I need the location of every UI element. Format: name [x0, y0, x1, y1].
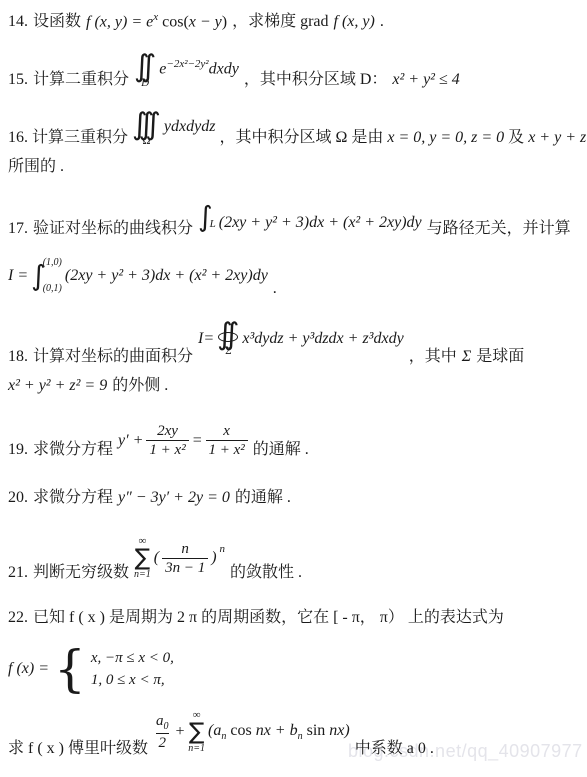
problem-text: 是球面 — [476, 343, 524, 366]
case-2: 1, 0 ≤ x < π, — [91, 669, 165, 691]
math-double-integral: ∫∫ D e−2x²−2y²dxdy — [134, 52, 239, 89]
summation-operator: ∞ ∑ n=1 — [134, 536, 151, 580]
integrand: x³dydz + y³dzdx + z³dxdy — [242, 330, 403, 348]
math-differential-equation: y″ − 3y′ + 2y = 0 — [118, 489, 230, 507]
problem-text: 中系数 a 0 . — [355, 735, 434, 758]
exponent: n — [220, 543, 226, 555]
integrand: (2xy + y² + 3)dx + (x² + 2xy)dy — [65, 267, 268, 285]
math-sphere-equation: x² + y² + z² = 9 — [8, 377, 107, 395]
math-fourier-series: a0 2 + ∞ ∑ n=1 (an cos nx + bn sin nx) — [153, 710, 350, 754]
problem-number: 21. — [8, 564, 28, 582]
math-surface-integral: I= ∫∫ Σ x³dydz + y³dzdx + z³dxdy — [198, 320, 404, 357]
problem-text: 所围的 . — [8, 158, 64, 175]
lower-limit: n=1 — [188, 744, 205, 754]
triple-integral-operator: ∫∫∫ Ω — [132, 110, 161, 147]
math-series: ∞ ∑ n=1 ( n 3n − 1 ) n — [134, 536, 225, 580]
problem-15: 15. 计算二重积分 ∫∫ D e−2x²−2y²dxdy ，其中积分区域 D：… — [8, 52, 460, 89]
integral-lhs: I = — [8, 267, 28, 285]
lower-limit: n=1 — [134, 570, 151, 580]
problem-16-continued: 所围的 . — [8, 153, 64, 176]
problem-text: 判断无穷级数 — [33, 559, 129, 582]
math-plane: x + y + z = 1 — [528, 129, 587, 147]
problem-number: 18. — [8, 348, 28, 366]
problem-text: 求微分方程 — [33, 484, 113, 507]
problem-text: 求 f ( x ) 傅里叶级数 — [8, 735, 148, 758]
problem-text: 的通解 . — [235, 484, 291, 507]
piecewise-brace: { — [54, 646, 86, 692]
problem-text: 及 — [508, 124, 524, 147]
series-terms: (an cos nx + bn sin nx) — [208, 722, 350, 742]
problem-text: ，其中积分区域 Ω 是由 — [219, 124, 383, 147]
problem-number: 16. — [8, 129, 28, 147]
integral-lhs: I= — [198, 330, 214, 348]
problem-16: 16. 计算三重积分 ∫∫∫ Ω ydxdydz ，其中积分区域 Ω 是由 x … — [8, 110, 587, 147]
math-region: x² + y² ≤ 4 — [392, 71, 459, 89]
period: . — [380, 13, 384, 31]
problem-text: ，求梯度 grad — [232, 8, 328, 31]
problem-number: 20. — [8, 489, 28, 507]
fraction: x 1 + x² — [206, 422, 248, 459]
problem-14: 14. 设函数 f (x, y) = ex cos(x − y) ，求梯度 gr… — [8, 8, 384, 31]
problem-text: 的外侧 . — [112, 372, 168, 395]
ode-lhs: y′ + — [118, 432, 143, 450]
math-gradient-target: f (x, y) — [334, 13, 375, 31]
math-function-definition: f (x, y) = ex cos(x − y) — [86, 11, 227, 31]
problem-text: ，其中 — [409, 343, 457, 366]
problem-22: 22. 已知 f ( x ) 是周期为 2 π 的周期函数，它在 [ - π， … — [8, 604, 504, 627]
problem-text: 与路径无关，并计算 — [427, 215, 571, 238]
sigma-glyph: ∑ — [135, 547, 151, 569]
problem-text: 计算对坐标的曲面积分 — [33, 343, 193, 366]
numerator: x — [220, 422, 233, 440]
right-paren: ) — [211, 549, 216, 567]
closed-surface-integral-operator: ∫∫ Σ — [217, 320, 239, 357]
math-function-lhs: f (x) = — [8, 660, 49, 678]
integrand: e−2x²−2y²dxdy — [159, 58, 239, 78]
problem-22-piecewise: f (x) = { x, −π ≤ x < 0, 1, 0 ≤ x < π, — [8, 646, 174, 692]
problem-text: 的通解 . — [253, 436, 309, 459]
denominator: 2 — [156, 733, 170, 752]
problem-text: 已知 f ( x ) 是周期为 2 π 的周期函数，它在 [ - π， π） 上… — [33, 604, 504, 627]
integral-domain-subscript: D — [141, 78, 149, 89]
problem-20: 20. 求微分方程 y″ − 3y′ + 2y = 0 的通解 . — [8, 484, 291, 507]
left-paren: ( — [154, 549, 159, 567]
fraction: 2xy 1 + x² — [146, 422, 188, 459]
closed-integral-oval — [218, 332, 238, 342]
problem-number: 22. — [8, 609, 28, 627]
problem-text: 计算三重积分 — [32, 124, 128, 147]
piecewise-cases: x, −π ≤ x < 0, 1, 0 ≤ x < π, — [91, 647, 174, 691]
integrand: (2xy + y² + 3)dx + (x² + 2xy)dy — [219, 214, 422, 232]
plus-sign: + — [175, 723, 186, 741]
math-exam-document: { "watermark": "blog.csdn.net/qq_4090797… — [0, 0, 587, 777]
problem-text: 设函数 — [33, 8, 81, 31]
math-line-integral: ∫ L (2xy + y² + 3)dx + (x² + 2xy)dy — [198, 202, 422, 232]
double-integral-operator: ∫∫ D — [134, 52, 156, 89]
math-planes: x = 0, y = 0, z = 0 — [387, 129, 504, 147]
denominator: 1 + x² — [146, 440, 188, 459]
problem-text: ，其中积分区域 D： — [244, 66, 388, 89]
math-differential-equation: y′ + 2xy 1 + x² = x 1 + x² — [118, 422, 248, 459]
problem-17-equation: I = ∫ (1,0) (0,1) (2xy + y² + 3)dx + (x²… — [8, 258, 277, 298]
numerator: 2xy — [154, 422, 181, 440]
equals-sign: = — [192, 432, 203, 450]
problem-text: 计算二重积分 — [33, 66, 129, 89]
fraction: n 3n − 1 — [162, 540, 208, 577]
fraction: a0 2 — [153, 712, 172, 752]
problem-text: 的敛散性 . — [230, 559, 302, 582]
math-triple-integral: ∫∫∫ Ω ydxdydz — [132, 110, 215, 147]
integral-path-subscript: L — [210, 218, 216, 230]
problem-21: 21. 判断无穷级数 ∞ ∑ n=1 ( n 3n − 1 ) n 的敛散性 . — [8, 536, 302, 582]
problem-17: 17. 验证对坐标的曲线积分 ∫ L (2xy + y² + 3)dx + (x… — [8, 202, 571, 238]
upper-limit: (1,0) — [43, 258, 62, 268]
problem-18-continued: x² + y² + z² = 9 的外侧 . — [8, 372, 168, 395]
problem-19: 19. 求微分方程 y′ + 2xy 1 + x² = x 1 + x² 的通解… — [8, 422, 309, 459]
problem-number: 14. — [8, 13, 28, 31]
integral-domain-subscript: Ω — [142, 136, 150, 147]
line-integral-operator: ∫ L — [198, 202, 216, 232]
problem-number: 17. — [8, 220, 28, 238]
numerator: n — [178, 540, 192, 558]
case-1: x, −π ≤ x < 0, — [91, 647, 174, 669]
math-sigma: Σ — [462, 348, 472, 366]
integrand: ydxdydz — [164, 118, 216, 136]
problem-22-fourier: 求 f ( x ) 傅里叶级数 a0 2 + ∞ ∑ n=1 (an cos n… — [8, 710, 434, 758]
problem-18: 18. 计算对坐标的曲面积分 I= ∫∫ Σ x³dydz + y³dzdx +… — [8, 320, 524, 366]
denominator: 1 + x² — [206, 440, 248, 459]
integral-limits: (1,0) (0,1) — [43, 258, 62, 294]
problem-text: 验证对坐标的曲线积分 — [33, 215, 193, 238]
summation-operator: ∞ ∑ n=1 — [188, 710, 205, 754]
numerator: a0 — [153, 712, 172, 733]
math-definite-line-integral: I = ∫ (1,0) (0,1) (2xy + y² + 3)dx + (x²… — [8, 258, 268, 294]
problem-number: 19. — [8, 441, 28, 459]
integral-with-limits: ∫ (1,0) (0,1) — [31, 258, 62, 294]
sigma-glyph: ∑ — [189, 721, 205, 743]
period: . — [273, 280, 277, 298]
problem-number: 15. — [8, 71, 28, 89]
lower-limit: (0,1) — [43, 284, 62, 294]
denominator: 3n − 1 — [162, 558, 208, 577]
problem-text: 求微分方程 — [33, 436, 113, 459]
